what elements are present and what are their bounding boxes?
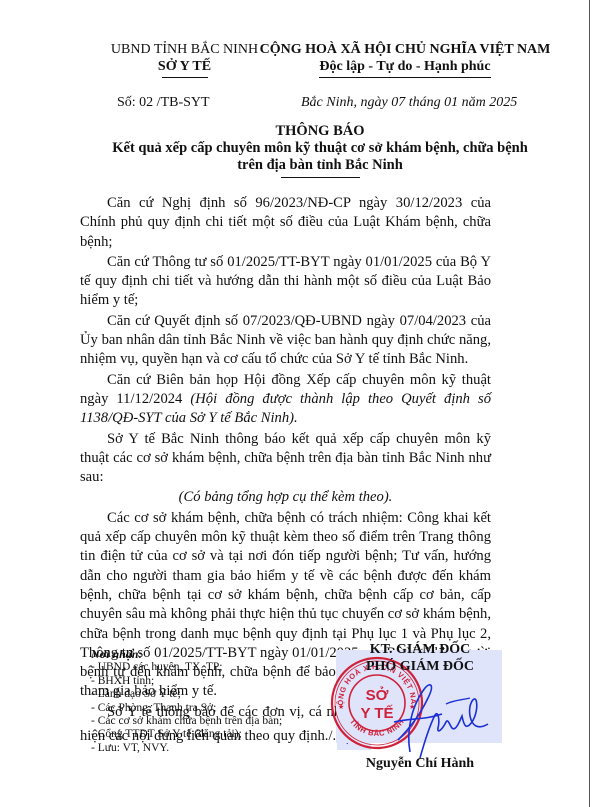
signer-name: Nguyễn Chí Hành [320,756,520,772]
subject-line-1: Kết quả xếp cấp chuyên môn kỹ thuật cơ s… [80,140,560,157]
page-edge [589,0,590,807]
document-type: THÔNG BÁO [80,123,560,140]
agency-underline [162,77,208,78]
recipient-item: - Các Phòng, Thanh tra Sở; [91,702,282,715]
date-line: Bắc Ninh, ngày 07 tháng 01 năm 2025 [301,95,517,111]
title-underline [281,177,360,178]
document-title: THÔNG BÁO Kết quả xếp cấp chuyên môn kỹ … [80,123,560,178]
recipient-item: - UBND các huyện, TX, TP; [91,661,282,674]
subject-line-2: trên địa bàn tỉnh Bắc Ninh [80,157,560,174]
recipients-heading: Nơi nhận: [91,648,282,661]
announcement-paragraph: Sở Y tế Bắc Ninh thông báo kết quả xếp c… [80,430,491,488]
national-heading: CỘNG HOÀ XÃ HỘI CHỦ NGHĨA VIỆT NAM Độc l… [250,41,560,78]
signer-title-line-1: KT. GIÁM ĐỐC [320,641,520,658]
svg-text:★: ★ [338,703,344,711]
recipient-item: - Lãnh đạo Sở Y tế; [91,688,282,701]
basis-paragraph-3: Căn cứ Quyết định số 07/2023/QĐ-UBND ngà… [80,312,491,370]
basis-paragraph-2: Căn cứ Thông tư số 01/2025/TT-BYT ngày 0… [80,253,491,311]
recipient-item: - BHXH tỉnh; [91,675,282,688]
recipients-list: Nơi nhận: - UBND các huyện, TX, TP; - BH… [91,648,282,755]
handwritten-signature-icon [380,670,500,760]
national-motto: Độc lập - Tự do - Hạnh phúc [250,58,560,75]
recipient-item: - Lưu: VT, NVY. [91,742,282,755]
attachment-note: (Có bảng tổng hợp cụ thể kèm theo). [80,488,491,507]
document-number: Số: 02 /TB-SYT [117,95,210,111]
basis-paragraph-4: Căn cứ Biên bản họp Hội đồng Xếp cấp chu… [80,371,491,429]
recipient-item: - Cổng TTĐT Sở Y tế (đăng tải); [91,728,282,741]
nation-name: CỘNG HOÀ XÃ HỘI CHỦ NGHĨA VIỆT NAM [250,41,560,58]
basis-paragraph-1: Căn cứ Nghị định số 96/2023/NĐ-CP ngày 3… [80,194,491,252]
motto-underline [319,77,491,78]
recipient-item: - Các cơ sở khám chữa bệnh trên địa bàn; [91,715,282,728]
